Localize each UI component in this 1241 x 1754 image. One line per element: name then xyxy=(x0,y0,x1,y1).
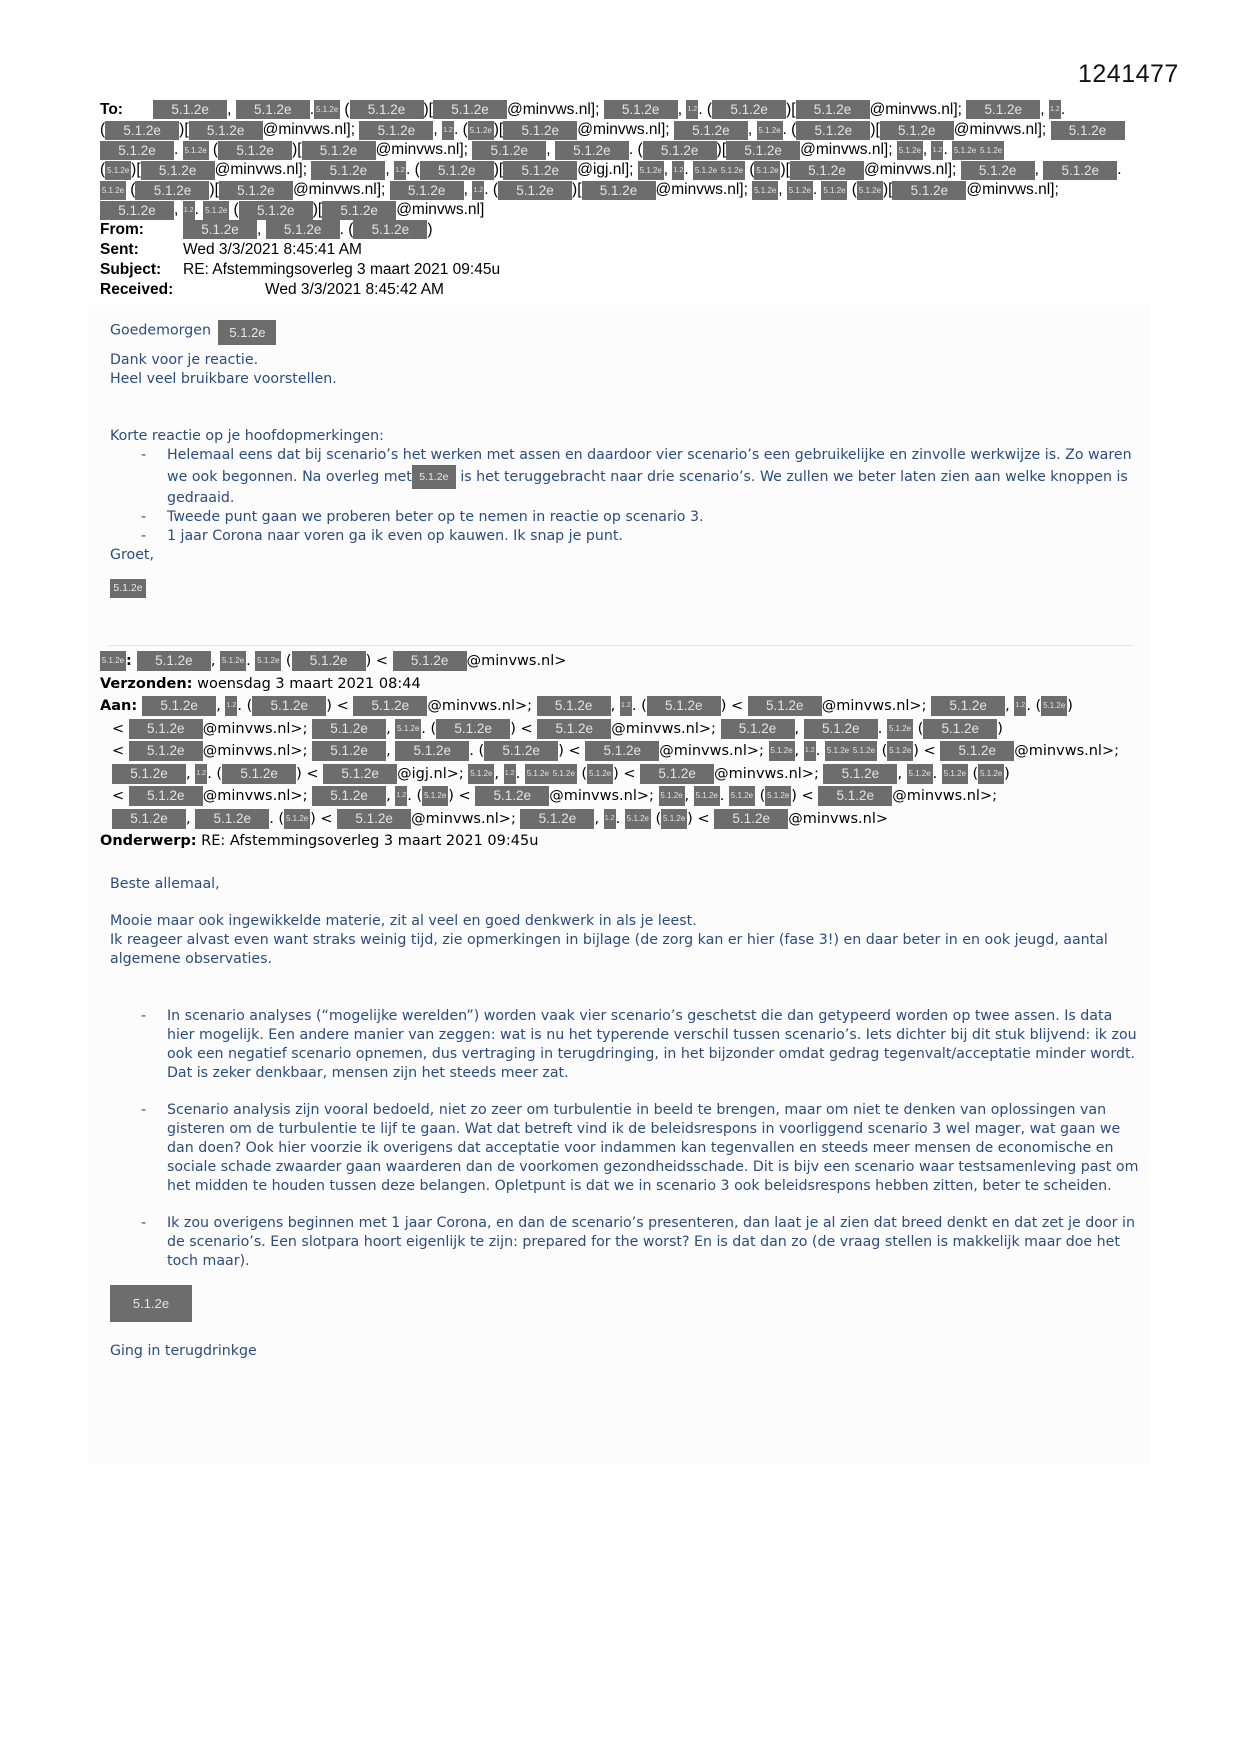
bullet-dash: - xyxy=(110,508,167,527)
address-text: )[ xyxy=(870,120,879,140)
address-text: )[ xyxy=(786,101,795,118)
to-recipients-line-4: (5.1.2e)[5.1.2e@minvws.nl]; 5.1.2e, 1.2.… xyxy=(100,160,1150,180)
address-text: , xyxy=(216,695,225,718)
address-text: . xyxy=(1117,160,1121,180)
redaction-box: 5.1.2e xyxy=(112,764,186,784)
trailing-text: Ging in terugdrinkge xyxy=(110,1342,1140,1361)
redaction-box: 5.1.2e xyxy=(694,786,720,806)
subject-value: RE: Afstemmingsoverleg 3 maart 2021 09:4… xyxy=(183,260,500,280)
redaction-box: 5.1.2e xyxy=(587,764,613,784)
redaction-box: 5.1.2e xyxy=(468,121,494,140)
redaction-box: 5.1.2e xyxy=(112,809,186,829)
redaction-box: 5.1.2e xyxy=(712,100,786,119)
address-text: , xyxy=(464,180,473,200)
redaction-box: 5.1.2e xyxy=(503,161,577,180)
redaction-box: 5.1.2e xyxy=(322,201,396,220)
address-text: . xyxy=(516,763,525,786)
address-text: @minvws.nl>; xyxy=(203,785,312,808)
address-text: ( xyxy=(847,180,856,200)
address-text: . ( xyxy=(340,221,354,238)
address-text: , xyxy=(257,221,266,238)
address-text: @minvws.nl>; xyxy=(714,763,823,786)
address-text: @minvws.nl]; xyxy=(293,180,390,200)
address-text: , xyxy=(385,160,394,180)
redaction-box: 5.1.2e xyxy=(804,719,878,739)
to-recipients-line-1: 5.1.2e, 5.1.2e.5.1.2e (5.1.2e)[5.1.2e@mi… xyxy=(123,100,1065,120)
redaction-box: 5.1.2e xyxy=(422,786,448,806)
to-recipients-line-5: 5.1.2e (5.1.2e)[5.1.2e@minvws.nl]; 5.1.2… xyxy=(100,180,1150,200)
redaction-box: 5.1.2e xyxy=(1051,121,1125,140)
sent-label: Sent: xyxy=(100,240,183,260)
redaction-box: 5.1.2e xyxy=(475,786,549,806)
quoted-from-line: 5.1.2e: 5.1.2e, 5.1.2e. 5.1.2e (5.1.2e) … xyxy=(100,650,1150,673)
address-text: , xyxy=(227,101,236,118)
redaction-box: 5.1.2e xyxy=(390,181,464,200)
redaction-box: 5.1.2e xyxy=(825,741,851,761)
address-text: ( xyxy=(209,140,218,160)
address-text: . xyxy=(813,180,822,200)
address-text: . ( xyxy=(237,695,252,718)
quoted-subject-label: Onderwerp: xyxy=(100,830,197,853)
redaction-box: 5.1.2e xyxy=(255,651,281,671)
redaction-box: 5.1.2e xyxy=(312,741,386,761)
address-text: < xyxy=(112,718,129,741)
redaction-box: 5.1.2e xyxy=(520,809,594,829)
redaction-box: 5.1.2e xyxy=(887,741,913,761)
redaction-box: 5.1.2e xyxy=(714,809,788,829)
to-recipients-line-3: 5.1.2e. 5.1.2e (5.1.2e)[5.1.2e@minvws.nl… xyxy=(100,140,1150,160)
address-text: . xyxy=(878,718,887,741)
redaction-box: 5.1.2e xyxy=(978,141,1004,160)
address-text: )[ xyxy=(424,101,433,118)
quoted-to-line-5: < 5.1.2e@minvws.nl>; 5.1.2e, 1.2. (5.1.2… xyxy=(100,785,1150,808)
address-text: , xyxy=(664,160,673,180)
redaction-box: 5.1.2e xyxy=(551,764,577,784)
address-text: , xyxy=(386,785,395,808)
received-row: Received: Wed 3/3/2021 8:45:42 AM xyxy=(100,280,1150,300)
quoted-to-line-4: 5.1.2e, 1.2. (5.1.2e) < 5.1.2e@igj.nl>; … xyxy=(100,763,1150,786)
redaction-box: 5.1.2e xyxy=(218,320,276,345)
redaction-box: 5.1.2e xyxy=(498,181,572,200)
redaction-box: 5.1.2e xyxy=(218,141,292,160)
address-text: @igj.nl>; xyxy=(397,763,468,786)
redaction-box: 5.1.2e xyxy=(787,181,813,200)
address-text: )[ xyxy=(313,200,322,220)
address-text: )[ xyxy=(131,160,140,180)
redaction-box: 5.1.2e xyxy=(183,141,209,160)
quoted-para-line-1: Mooie maar ook ingewikkelde materie, zit… xyxy=(110,912,1140,931)
address-text: , xyxy=(1040,101,1049,118)
address-text: . ( xyxy=(407,785,422,808)
address-text: ) < xyxy=(510,718,537,741)
address-text: ( xyxy=(877,740,887,763)
address-text: @minvws.nl]; xyxy=(870,101,967,118)
address-text: . ( xyxy=(421,718,436,741)
redaction-box: 5.1.2e xyxy=(420,161,494,180)
greeting: Goedemorgen xyxy=(110,323,211,339)
address-text: ( xyxy=(745,160,754,180)
quoted-subject-value: RE: Afstemmingsoverleg 3 maart 2021 09:4… xyxy=(197,830,539,853)
address-text: @minvws.nl]; xyxy=(376,140,473,160)
quoted-to-line-3: < 5.1.2e@minvws.nl>; 5.1.2e, 5.1.2e. (5.… xyxy=(100,740,1150,763)
address-text: ( xyxy=(577,763,587,786)
redaction-box: 5.1.2e xyxy=(100,201,174,220)
address-text: @minvws.nl>; xyxy=(611,718,720,741)
address-text: )[ xyxy=(883,180,892,200)
address-text: < xyxy=(112,785,129,808)
address-text: . xyxy=(174,140,183,160)
quoted-signature-redaction: 5.1.2e xyxy=(110,1285,192,1322)
redaction-box: 5.1.2e xyxy=(880,121,954,140)
redaction-box: 5.1.2e xyxy=(189,121,263,140)
signature-redaction: 5.1.2e xyxy=(110,579,146,598)
redaction-box: 5.1.2e xyxy=(359,121,433,140)
address-text: ) < xyxy=(296,763,323,786)
redaction-box: 5.1.2e xyxy=(931,696,1005,716)
address-text: . xyxy=(1061,101,1065,118)
redaction-box: 5.1.2e xyxy=(765,786,791,806)
redaction-box: 5.1.2e xyxy=(625,809,651,829)
address-text: ) xyxy=(997,718,1003,741)
redaction-box: 5.1.2e xyxy=(137,651,211,671)
address-text: , xyxy=(795,718,804,741)
redaction-box: 5.1.2e xyxy=(311,161,385,180)
address-text: @minvws.nl]; xyxy=(656,180,753,200)
address-text: @minvws.nl]; xyxy=(215,160,312,180)
redaction-box: 5.1.2e xyxy=(353,696,427,716)
redaction-box: 5.1.2e xyxy=(220,651,246,671)
observation-bullet-1: - In scenario analyses (“mogelijke werel… xyxy=(110,1007,1140,1083)
redaction-box: 5.1.2e xyxy=(640,764,714,784)
address-text: , xyxy=(433,120,442,140)
address-text: @minvws.nl>; xyxy=(1014,740,1119,763)
address-text: . ( xyxy=(1026,695,1041,718)
address-text: @minvws.nl>; xyxy=(549,785,658,808)
address-text: , xyxy=(174,200,183,220)
address-text: @minvws.nl]; xyxy=(507,101,604,118)
redaction-box: 5.1.2e xyxy=(525,764,551,784)
address-text: ) xyxy=(427,221,432,238)
redaction-box: 5.1.2e xyxy=(923,719,997,739)
redaction-box: 5.1.2e xyxy=(141,161,215,180)
quoted-sent-value: woensdag 3 maart 2021 08:44 xyxy=(192,673,420,696)
address-text: , xyxy=(1005,695,1014,718)
redaction-box: 5.1.2e xyxy=(643,141,717,160)
bullet-dash: - xyxy=(110,1101,167,1196)
received-value: Wed 3/3/2021 8:45:42 AM xyxy=(183,280,444,300)
address-text: , xyxy=(386,740,395,763)
address-text: , xyxy=(611,695,620,718)
address-text: @minvws.nl] xyxy=(396,200,484,220)
address-text: @minvws.nl]; xyxy=(954,120,1051,140)
redaction-box: 5.1.2e xyxy=(100,181,126,200)
redaction-box: 5.1.2e xyxy=(142,696,216,716)
redaction-box: 5.1.2e xyxy=(393,651,467,671)
bullet-dash: - xyxy=(110,1214,167,1271)
redaction-box: 5.1.2e xyxy=(940,741,1014,761)
redaction-box: 5.1.2e xyxy=(395,741,469,761)
redaction-box: 5.1.2e xyxy=(222,764,296,784)
bullet-text: 1 jaar Corona naar voren ga ik even op k… xyxy=(167,527,1140,546)
redaction-box: 5.1.2e xyxy=(312,786,386,806)
thanks-line: Dank voor je reactie. xyxy=(110,351,1140,370)
redaction-box: 5.1.2e xyxy=(284,809,310,829)
redaction-box: 5.1.2e xyxy=(818,786,892,806)
redaction-box: 1.2 xyxy=(195,764,207,784)
closing: Groet, xyxy=(110,546,1140,565)
address-text: , xyxy=(748,120,757,140)
address-text: @minvws.nl]; xyxy=(864,160,961,180)
address-text: . xyxy=(933,763,942,786)
address-text: ) < xyxy=(448,785,475,808)
document-number: 1241477 xyxy=(1078,60,1179,89)
bullet-text: Tweede punt gaan we proberen beter op te… xyxy=(167,508,1140,527)
address-text: . xyxy=(943,140,952,160)
address-text: ( xyxy=(340,101,349,118)
address-text: . xyxy=(816,740,825,763)
quoted-sent-label: Verzonden: xyxy=(100,673,192,696)
redaction-box: 5.1.2e xyxy=(468,764,494,784)
address-text: , xyxy=(795,740,804,763)
redaction-box: 5.1.2e xyxy=(796,121,870,140)
redaction-box: 5.1.2e xyxy=(100,141,174,160)
redaction-box: 5.1.2e xyxy=(721,719,795,739)
redaction-box: 5.1.2e xyxy=(555,141,629,160)
redaction-box: 5.1.2e xyxy=(796,100,870,119)
redaction-box: 5.1.2e xyxy=(350,100,424,119)
redaction-box: 5.1.2e xyxy=(436,719,510,739)
redaction-box: 5.1.2e xyxy=(693,161,719,180)
quoted-subject-line: Onderwerp: RE: Afstemmingsoverleg 3 maar… xyxy=(100,830,1150,853)
redaction-box: 5.1.2e xyxy=(252,696,326,716)
address-text: . ( xyxy=(698,101,712,118)
redaction-box: 5.1.2e xyxy=(100,651,126,671)
redaction-box: 5.1.2e xyxy=(961,161,1035,180)
redaction-box: 5.1.2e xyxy=(978,764,1004,784)
address-text: . ( xyxy=(269,808,284,831)
redaction-box: 5.1.2e xyxy=(942,764,968,784)
redaction-box: 5.1.2e xyxy=(851,741,877,761)
email2-body: Beste allemaal, Mooie maar ook ingewikke… xyxy=(110,875,1140,1361)
redaction-box: 5.1.2e xyxy=(105,121,179,140)
quoted-to-line-6: 5.1.2e, 5.1.2e. (5.1.2e) < 5.1.2e@minvws… xyxy=(100,808,1150,831)
from-row: From: 5.1.2e, 5.1.2e. (5.1.2e) xyxy=(100,220,1150,240)
address-text: @minvws.nl>; xyxy=(411,808,520,831)
redaction-box: 1.2 xyxy=(804,741,816,761)
address-text: ) < xyxy=(687,808,714,831)
intro-line: Korte reactie op je hoofdopmerkingen: xyxy=(110,427,1140,446)
sent-row: Sent: Wed 3/3/2021 8:45:41 AM xyxy=(100,240,1150,260)
address-text: )[ xyxy=(209,180,218,200)
address-text: ( xyxy=(968,763,978,786)
address-text: ( xyxy=(913,718,923,741)
quoted-para-line-2: Ik reageer alvast even want straks weini… xyxy=(110,931,1140,969)
address-text: ) < xyxy=(721,695,748,718)
redaction-box: 1.2 xyxy=(472,181,484,200)
greeting-line: Goedemorgen 5.1.2e xyxy=(110,318,1140,343)
address-text: , xyxy=(897,763,906,786)
redaction-box: 5.1.2e xyxy=(129,786,203,806)
address-text: )[ xyxy=(780,160,789,180)
address-text: ) < xyxy=(791,785,818,808)
sent-value: Wed 3/3/2021 8:45:41 AM xyxy=(183,240,362,260)
address-text: . ( xyxy=(207,763,222,786)
redaction-box: 5.1.2e xyxy=(638,161,664,180)
bullet-text: Scenario analysis zijn vooral bedoeld, n… xyxy=(167,1101,1140,1196)
address-text: @minvws.nl>; xyxy=(427,695,536,718)
redaction-box: 5.1.2e xyxy=(1043,161,1117,180)
redaction-box: 5.1.2e xyxy=(729,786,755,806)
address-text: . ( xyxy=(632,695,647,718)
redaction-box: 5.1.2e xyxy=(412,465,456,489)
to-label: To: xyxy=(100,100,123,120)
redaction-box: 1.2 xyxy=(686,100,698,119)
redaction-box: 5.1.2e xyxy=(266,220,340,239)
redaction-box: 5.1.2e xyxy=(105,161,131,180)
redaction-box: 5.1.2e xyxy=(195,809,269,829)
redaction-box: 1.2 xyxy=(504,764,516,784)
address-text: < xyxy=(112,740,129,763)
quoted-divider xyxy=(108,645,1133,646)
address-text: ) xyxy=(1004,763,1010,786)
address-text xyxy=(123,101,153,118)
subject-label: Subject: xyxy=(100,260,183,280)
redaction-box: 5.1.2e xyxy=(484,741,558,761)
address-text: . xyxy=(246,650,255,673)
redaction-box: 5.1.2e xyxy=(537,719,611,739)
observation-bullet-2: - Scenario analysis zijn vooral bedoeld,… xyxy=(110,1101,1140,1196)
redaction-box: 1.2 xyxy=(442,121,454,140)
header-label: : xyxy=(126,650,137,673)
redaction-box: 5.1.2e xyxy=(183,220,257,239)
redaction-box: 5.1.2e xyxy=(129,741,203,761)
address-text: @minvws.nl>; xyxy=(659,740,768,763)
address-text: ( xyxy=(281,650,291,673)
redaction-box: 5.1.2e xyxy=(585,741,659,761)
address-text: , xyxy=(594,808,603,831)
redaction-box: 5.1.2e xyxy=(769,741,795,761)
reply-bullet-3: - 1 jaar Corona naar voren ga ik even op… xyxy=(110,527,1140,546)
redaction-box: 5.1.2e xyxy=(203,201,229,220)
redaction-box: 5.1.2e xyxy=(153,100,227,119)
address-text: @minvws.nl>; xyxy=(822,695,931,718)
redaction-box: 5.1.2e xyxy=(719,161,745,180)
address-text: @minvws.nl]; xyxy=(966,180,1058,200)
redaction-box: 5.1.2e xyxy=(892,181,966,200)
redaction-box: 5.1.2e xyxy=(952,141,978,160)
redaction-box: 5.1.2e xyxy=(757,121,783,140)
address-text: @minvws.nl]; xyxy=(577,120,674,140)
quoted-greeting: Beste allemaal, xyxy=(110,875,1140,894)
address-text: . xyxy=(195,200,204,220)
address-text: , xyxy=(494,763,503,786)
redaction-box: 1.2 xyxy=(1014,696,1026,716)
address-text: , xyxy=(546,140,555,160)
redaction-box: 5.1.2e xyxy=(353,220,427,239)
address-text: . ( xyxy=(484,180,498,200)
redaction-box: 5.1.2e xyxy=(907,764,933,784)
redaction-box: 5.1.2e xyxy=(314,100,340,119)
address-text: . xyxy=(720,785,729,808)
address-text: ) < xyxy=(558,740,585,763)
address-text: @minvws.nl> xyxy=(788,808,888,831)
redaction-box: 5.1.2e xyxy=(748,696,822,716)
redaction-box: 5.1.2e xyxy=(302,141,376,160)
observation-bullet-3: - Ik zou overigens beginnen met 1 jaar C… xyxy=(110,1214,1140,1271)
bullet-dash: - xyxy=(110,1007,167,1083)
redaction-box: 5.1.2e xyxy=(752,181,778,200)
redaction-box: 5.1.2e xyxy=(312,719,386,739)
reply-bullet-1: - Helemaal eens dat bij scenario’s het w… xyxy=(110,446,1140,508)
address-text: ( xyxy=(229,200,238,220)
redaction-box: 1.2 xyxy=(394,161,406,180)
address-text: @igj.nl]; xyxy=(577,160,638,180)
redaction-box: 5.1.2e xyxy=(754,161,780,180)
quoted-to-line-2: < 5.1.2e@minvws.nl>; 5.1.2e, 5.1.2e. (5.… xyxy=(100,718,1150,741)
redaction-box: 5.1.2e xyxy=(135,181,209,200)
redaction-box: 1.2 xyxy=(672,161,684,180)
address-text: , xyxy=(186,808,195,831)
from-label: From: xyxy=(100,220,183,240)
redaction-box: 5.1.2e xyxy=(219,181,293,200)
to-recipients-line-6: 5.1.2e, 1.2. 5.1.2e (5.1.2e)[5.1.2e@minv… xyxy=(100,200,1150,220)
redaction-box: 5.1.2e xyxy=(604,100,678,119)
redaction-box: 5.1.2e xyxy=(857,181,883,200)
address-text: )[ xyxy=(494,120,503,140)
redaction-box: 5.1.2e xyxy=(790,161,864,180)
address-text: . ( xyxy=(783,120,797,140)
address-text: ( xyxy=(755,785,765,808)
address-text: @minvws.nl]; xyxy=(800,140,897,160)
redaction-box: 5.1.2e xyxy=(821,181,847,200)
address-text: @minvws.nl]; xyxy=(263,120,360,140)
redaction-box: 5.1.2e xyxy=(582,181,656,200)
redaction-box: 1.2 xyxy=(395,786,407,806)
address-text: . xyxy=(684,160,693,180)
address-text: ) < xyxy=(913,740,940,763)
redaction-box: 5.1.2e xyxy=(966,100,1040,119)
address-text: . ( xyxy=(629,140,643,160)
redaction-box: 5.1.2e xyxy=(433,100,507,119)
useful-line: Heel veel bruikbare voorstellen. xyxy=(110,370,1140,389)
address-text: , xyxy=(386,718,395,741)
address-text: )[ xyxy=(572,180,581,200)
address-text: ) < xyxy=(310,808,337,831)
address-text: ) xyxy=(1067,695,1073,718)
address-text: , xyxy=(923,140,932,160)
reply-bullet-2: - Tweede punt gaan we proberen beter op … xyxy=(110,508,1140,527)
address-text: ) < xyxy=(366,650,393,673)
address-text: )[ xyxy=(292,140,301,160)
redaction-box: 1.2 xyxy=(183,201,195,220)
redaction-box: 5.1.2e xyxy=(659,786,685,806)
address-text: , xyxy=(678,101,687,118)
redaction-box: 5.1.2e xyxy=(887,719,913,739)
address-text: @minvws.nl>; xyxy=(203,718,312,741)
address-text: @minvws.nl>; xyxy=(203,740,312,763)
redaction-box: 5.1.2e xyxy=(647,696,721,716)
address-text: @minvws.nl>; xyxy=(892,785,997,808)
bullet-text: Ik zou overigens beginnen met 1 jaar Cor… xyxy=(167,1214,1140,1271)
redaction-box: 5.1.2e xyxy=(472,141,546,160)
redaction-box: 5.1.2e xyxy=(395,719,421,739)
to-recipients-line-2: (5.1.2e)[5.1.2e@minvws.nl]; 5.1.2e, 1.2.… xyxy=(100,120,1150,140)
redaction-box: 5.1.2e xyxy=(897,141,923,160)
redaction-box: 5.1.2e xyxy=(823,764,897,784)
address-text: . ( xyxy=(454,120,468,140)
bullet-dash: - xyxy=(110,446,167,508)
redaction-box: 1.2 xyxy=(620,696,632,716)
